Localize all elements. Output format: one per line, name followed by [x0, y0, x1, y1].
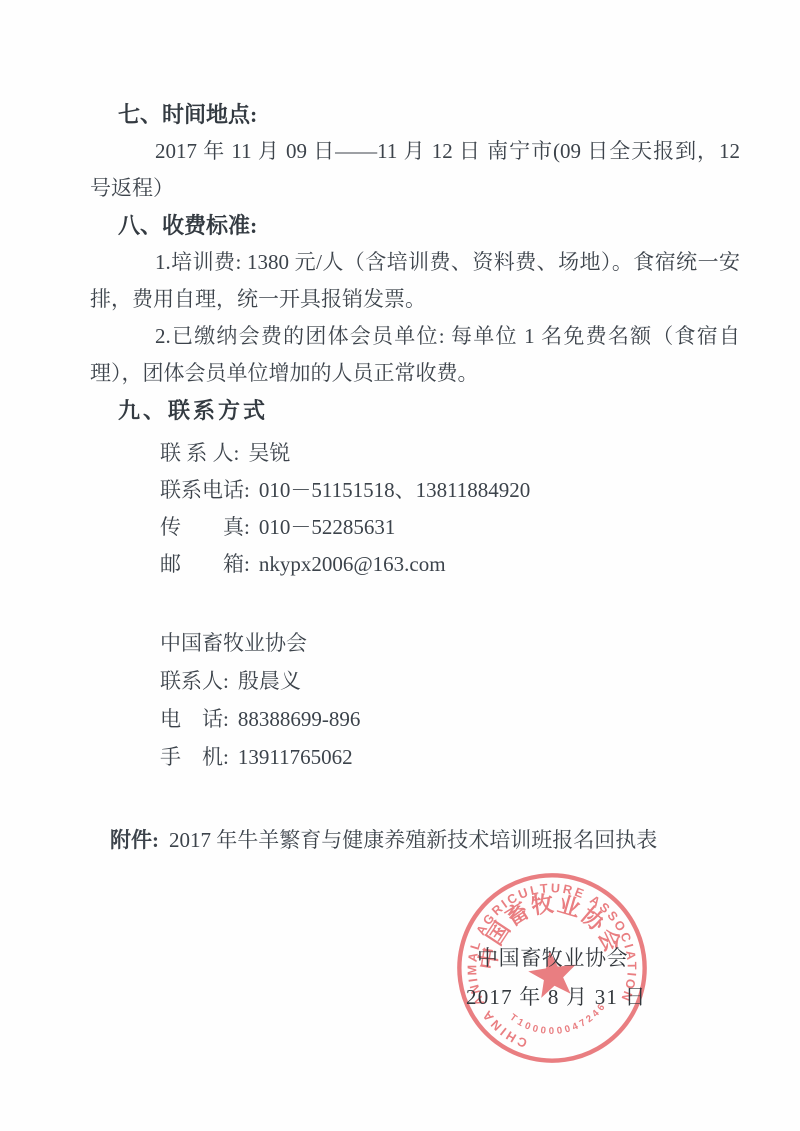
section-8-item-1: 1.培训费: 1380 元/人（含培训费、资料费、场地）。食宿统一安排，费用自理…: [90, 244, 740, 318]
section-9-heading: 九、联系方式: [118, 392, 740, 429]
contact-label: 传 真:: [160, 515, 250, 539]
contact-line-phone-2: 电 话:88388699-896: [160, 700, 740, 738]
contact-line-email: 邮 箱:nkypx2006@163.com: [160, 546, 740, 583]
attachment-title: 2017 年牛羊繁育与健康养殖新技术培训班报名回执表: [169, 828, 657, 852]
contact-line-fax: 传 真:010－52285631: [160, 509, 740, 546]
contact-line-person: 联 系 人:吴锐: [160, 435, 740, 472]
document-body: 七、时间地点: 2017 年 11 月 09 日——11 月 12 日 南宁市(…: [90, 96, 740, 859]
contact-line-mobile-2: 手 机:13911765062: [160, 738, 740, 776]
contact-label: 联系人:: [160, 669, 229, 693]
contact-block-primary: 联 系 人:吴锐 联系电话:010－51151518、13811884920 传…: [160, 435, 740, 583]
attachment-line: 附件:2017 年牛羊繁育与健康养殖新技术培训班报名回执表: [110, 822, 740, 859]
contact-label: 邮 箱:: [160, 552, 250, 576]
contact-line-phone: 联系电话:010－51151518、13811884920: [160, 472, 740, 509]
contact-label: 联系电话:: [160, 478, 250, 502]
section-8-item-2: 2.已缴纳会费的团体会员单位: 每单位 1 名免费名额（食宿自理），团体会员单位…: [90, 318, 740, 392]
signature-org: 中国畜牧业协会: [477, 942, 628, 972]
signature-date: 2017 年 8 月 31 日: [466, 981, 647, 1011]
section-7-body: 2017 年 11 月 09 日——11 月 12 日 南宁市(09 日全天报到…: [90, 133, 740, 207]
org-name: 中国畜牧业协会: [160, 624, 740, 662]
contact-value: 010－51151518、13811884920: [259, 478, 530, 502]
contact-label: 电 话:: [160, 707, 229, 731]
contact-line-person-2: 联系人:殷晨义: [160, 662, 740, 700]
contact-value: 殷晨义: [238, 669, 301, 693]
contact-value: 吴锐: [248, 441, 290, 465]
contact-label: 联 系 人:: [160, 441, 239, 465]
section-8-heading: 八、收费标准:: [118, 207, 740, 244]
section-7-heading: 七、时间地点:: [118, 96, 740, 133]
contact-value: 010－52285631: [259, 515, 396, 539]
contact-label: 手 机:: [160, 745, 229, 769]
contact-block-secondary: 中国畜牧业协会 联系人:殷晨义 电 话:88388699-896 手 机:139…: [160, 624, 740, 776]
document-page: 七、时间地点: 2017 年 11 月 09 日——11 月 12 日 南宁市(…: [0, 0, 800, 1131]
attachment-label: 附件:: [110, 828, 159, 852]
contact-value: nkypx2006@163.com: [259, 552, 446, 576]
contact-value: 88388699-896: [238, 707, 361, 731]
contact-value: 13911765062: [238, 745, 353, 769]
